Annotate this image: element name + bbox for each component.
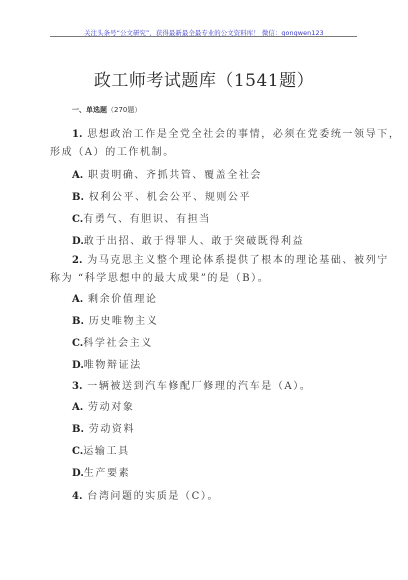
option-letter: A. (72, 402, 83, 413)
question-text: 思想政治工作是全党全社会的事情，必须在党委统一领导下， (87, 129, 400, 140)
option-c: C.有勇气、有胆识、有担当 (72, 210, 211, 225)
option-letter: B. (72, 424, 84, 435)
question-text: 为马克思主义整个理论体系提供了根本的理论基础、被列宁 (87, 255, 389, 266)
option-a: A. 职责明确、齐抓共管、覆盖全社会 (72, 166, 262, 181)
option-text: 劳动资料 (89, 424, 135, 435)
section-heading: 一、单选题（270题） (72, 105, 141, 115)
option-text: 剩余价值理论 (88, 294, 158, 305)
option-letter: C. (72, 214, 83, 225)
question-2-continuation: 称为 “科学思想中的最大成果”的是（B）。 (50, 269, 269, 284)
option-text: 敢于出招、敢于得罪人、敢于突破既得利益 (84, 236, 304, 247)
option-letter: A. (72, 294, 83, 305)
option-letter: D. (72, 236, 84, 247)
question-text: 台湾问题的实质是（C）。 (87, 491, 219, 502)
option-text: 权利公平、机会公平、规则公平 (89, 192, 251, 203)
question-1-continuation: 形成（A）的工作机制。 (50, 143, 175, 158)
option-text: 运输工具 (83, 446, 129, 457)
option-d: D.唯物辩证法 (72, 356, 142, 371)
option-a: A. 剩余价值理论 (72, 290, 158, 305)
option-b: B. 权利公平、机会公平、规则公平 (72, 188, 251, 203)
option-text: 生产要素 (84, 468, 130, 479)
option-text: 历史唯物主义 (89, 316, 159, 327)
option-a: A. 劳动对象 (72, 398, 134, 413)
section-count: （270题） (107, 106, 141, 114)
option-text: 有勇气、有胆识、有担当 (83, 214, 211, 225)
option-letter: C. (72, 446, 83, 457)
question-1: 1. 思想政治工作是全党全社会的事情，必须在党委统一领导下， (72, 125, 400, 140)
option-c: C.运输工具 (72, 442, 130, 457)
option-letter: B. (72, 316, 84, 327)
option-letter: B. (72, 192, 84, 203)
section-label: 一、单选题 (72, 106, 107, 114)
question-4: 4. 台湾问题的实质是（C）。 (72, 487, 219, 502)
option-letter: D. (72, 468, 84, 479)
question-number: 3. (72, 381, 82, 392)
option-letter: A. (72, 170, 83, 181)
question-2: 2. 为马克思主义整个理论体系提供了根本的理论基础、被列宁 (72, 251, 389, 266)
option-d: D.生产要素 (72, 464, 130, 479)
option-letter: D. (72, 360, 84, 371)
option-text: 科学社会主义 (83, 338, 153, 349)
option-text: 劳动对象 (88, 402, 134, 413)
option-b: B. 历史唯物主义 (72, 312, 158, 327)
question-text: 一辆被送到汽车修配厂修理的汽车是（A）。 (87, 381, 311, 392)
option-text: 职责明确、齐抓共管、覆盖全社会 (88, 170, 262, 181)
option-text: 唯物辩证法 (84, 360, 142, 371)
question-3: 3. 一辆被送到汽车修配厂修理的汽车是（A）。 (72, 377, 311, 392)
option-d: D.敢于出招、敢于得罪人、敢于突破既得利益 (72, 232, 304, 247)
question-number: 1. (72, 129, 82, 140)
document-title: 政工师考试题库（1541题） (0, 66, 408, 91)
option-c: C.科学社会主义 (72, 334, 153, 349)
option-letter: C. (72, 338, 83, 349)
question-number: 2. (72, 255, 82, 266)
question-number: 4. (72, 491, 82, 502)
header-divider (50, 36, 357, 37)
option-b: B. 劳动资料 (72, 420, 135, 435)
